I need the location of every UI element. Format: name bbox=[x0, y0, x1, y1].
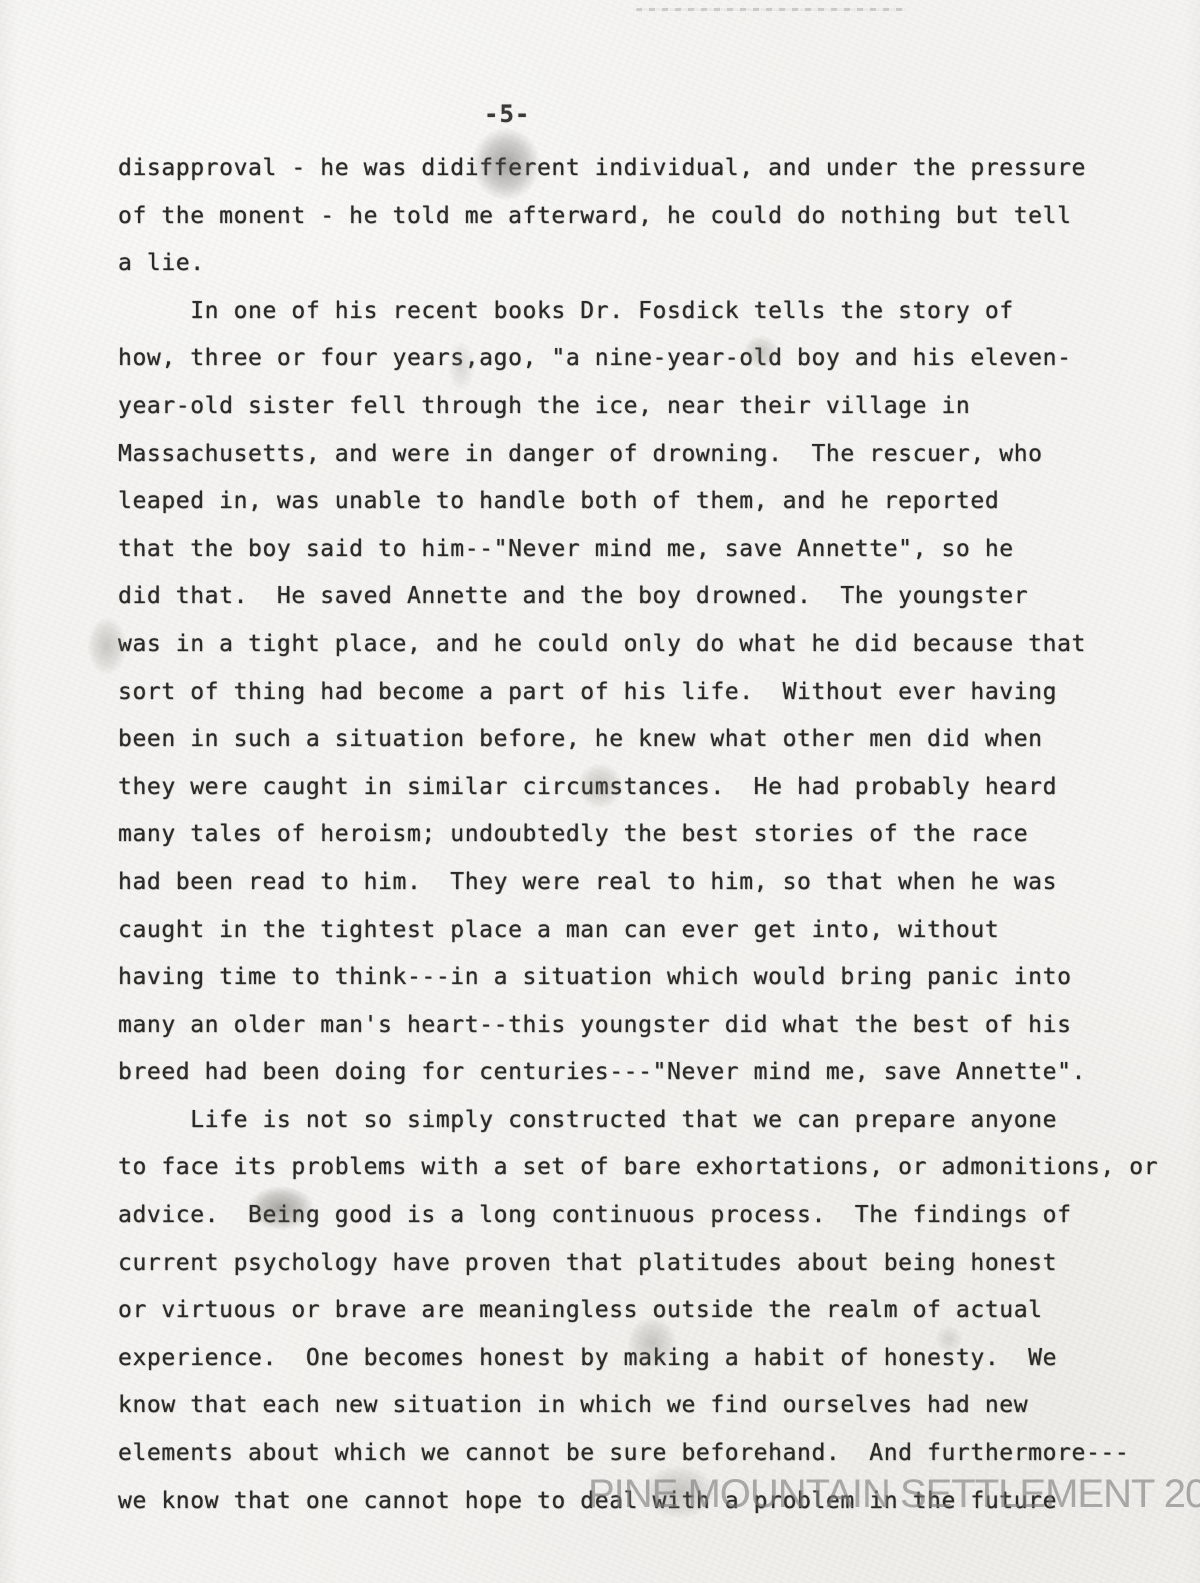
text-line: breed had been doing for centuries---"Ne… bbox=[118, 1049, 1188, 1097]
text-line: was in a tight place, and he could only … bbox=[118, 621, 1188, 669]
text-line: In one of his recent books Dr. Fosdick t… bbox=[118, 288, 1188, 336]
text-line: current psychology have proven that plat… bbox=[118, 1240, 1188, 1288]
text-line: did that. He saved Annette and the boy d… bbox=[118, 573, 1188, 621]
text-line: experience. One becomes honest by making… bbox=[118, 1335, 1188, 1383]
document-page: -5- disapproval - he was didifferent ind… bbox=[0, 0, 1200, 1583]
page-number: -5- bbox=[484, 100, 530, 128]
text-line: know that each new situation in which we… bbox=[118, 1382, 1188, 1430]
text-line: Life is not so simply constructed that w… bbox=[118, 1097, 1188, 1145]
text-line: had been read to him. They were real to … bbox=[118, 859, 1188, 907]
scan-artifact-streak bbox=[636, 8, 906, 11]
text-line: they were caught in similar circumstance… bbox=[118, 764, 1188, 812]
text-line: elements about which we cannot be sure b… bbox=[118, 1430, 1188, 1478]
text-line: to face its problems with a set of bare … bbox=[118, 1144, 1188, 1192]
text-line: a lie. bbox=[118, 240, 1188, 288]
text-line: how, three or four years,ago, "a nine-ye… bbox=[118, 335, 1188, 383]
watermark: PINE MOUNTAIN SETTLEMENT 2019 bbox=[588, 1472, 1200, 1517]
text-line: having time to think---in a situation wh… bbox=[118, 954, 1188, 1002]
text-line: leaped in, was unable to handle both of … bbox=[118, 478, 1188, 526]
text-line: caught in the tightest place a man can e… bbox=[118, 907, 1188, 955]
text-line: of the monent - he told me afterward, he… bbox=[118, 193, 1188, 241]
document-text: disapproval - he was didifferent individ… bbox=[118, 145, 1188, 1525]
text-line: that the boy said to him--"Never mind me… bbox=[118, 526, 1188, 574]
text-line: or virtuous or brave are meaningless out… bbox=[118, 1287, 1188, 1335]
text-line: sort of thing had become a part of his l… bbox=[118, 669, 1188, 717]
text-line: many an older man's heart--this youngste… bbox=[118, 1002, 1188, 1050]
text-line: year-old sister fell through the ice, ne… bbox=[118, 383, 1188, 431]
text-line: been in such a situation before, he knew… bbox=[118, 716, 1188, 764]
text-line: disapproval - he was didifferent individ… bbox=[118, 145, 1188, 193]
text-line: many tales of heroism; undoubtedly the b… bbox=[118, 811, 1188, 859]
text-line: advice. Being good is a long continuous … bbox=[118, 1192, 1188, 1240]
text-line: Massachusetts, and were in danger of dro… bbox=[118, 431, 1188, 479]
